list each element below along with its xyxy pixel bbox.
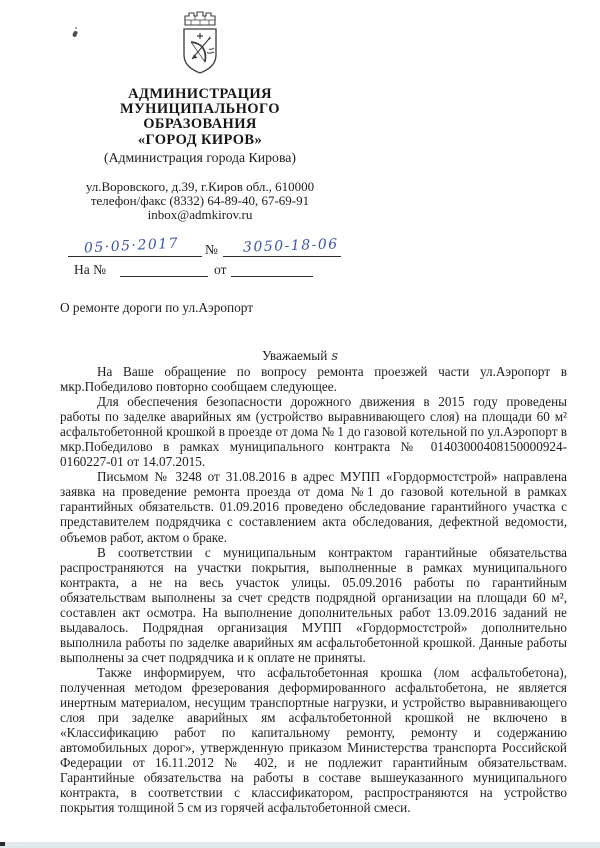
- outgoing-number-handwritten: 3050-18-06: [243, 236, 339, 255]
- reply-to-underline: [120, 275, 208, 277]
- org-name-line: МУНИЦИПАЛЬНОГО: [40, 102, 360, 117]
- reply-from-label: от: [214, 262, 226, 278]
- reply-from-underline: [231, 275, 313, 277]
- org-name-line: «ГОРОД КИРОВ»: [40, 133, 360, 148]
- kirov-coat-of-arms-icon: [178, 10, 222, 76]
- org-name-line: АДМИНИСТРАЦИЯ: [40, 87, 360, 102]
- email: inbox@admkirov.ru: [40, 208, 360, 222]
- paragraph: Также информируем, что асфальтобетонная …: [60, 665, 567, 815]
- ink-speck-small: [75, 27, 77, 29]
- number-label: №: [205, 242, 218, 258]
- paragraph: На Ваше обращение по вопросу ремонта про…: [60, 364, 567, 394]
- greeting-line: Уважаемыйѕ: [0, 348, 600, 364]
- number-underline: [223, 255, 341, 257]
- org-name: АДМИНИСТРАЦИЯ МУНИЦИПАЛЬНОГО ОБРАЗОВАНИЯ…: [40, 87, 360, 148]
- scan-edge-corner-mark: [0, 842, 5, 846]
- scanned-letter-page: АДМИНИСТРАЦИЯ МУНИЦИПАЛЬНОГО ОБРАЗОВАНИЯ…: [0, 0, 600, 848]
- reply-to-label: На №: [74, 262, 106, 278]
- paragraph: В соответствии с муниципальным контракто…: [60, 545, 567, 665]
- org-alt-name: (Администрация города Кирова): [40, 150, 360, 166]
- greeting-handwritten-mark: ѕ: [327, 349, 338, 364]
- date-underline: [68, 255, 202, 257]
- subject-line: О ремонте дороги по ул.Аэропорт: [60, 300, 480, 316]
- phone-fax: телефон/факс (8332) 64-89-40, 67-69-91: [40, 194, 360, 208]
- org-name-line: ОБРАЗОВАНИЯ: [40, 117, 360, 132]
- scan-edge-band: [0, 842, 600, 848]
- paragraph: Для обеспечения безопасности дорожного д…: [60, 394, 567, 469]
- letter-body: На Ваше обращение по вопросу ремонта про…: [60, 364, 567, 815]
- street-address: ул.Воровского, д.39, г.Киров обл., 61000…: [40, 180, 360, 194]
- ink-speck: [72, 30, 78, 37]
- greeting-label: Уважаемый: [262, 348, 327, 363]
- outgoing-date-handwritten: 05·05·2017: [84, 236, 180, 257]
- address-block: ул.Воровского, д.39, г.Киров обл., 61000…: [40, 180, 360, 221]
- paragraph: Письмом № 3248 от 31.08.2016 в адрес МУП…: [60, 469, 567, 544]
